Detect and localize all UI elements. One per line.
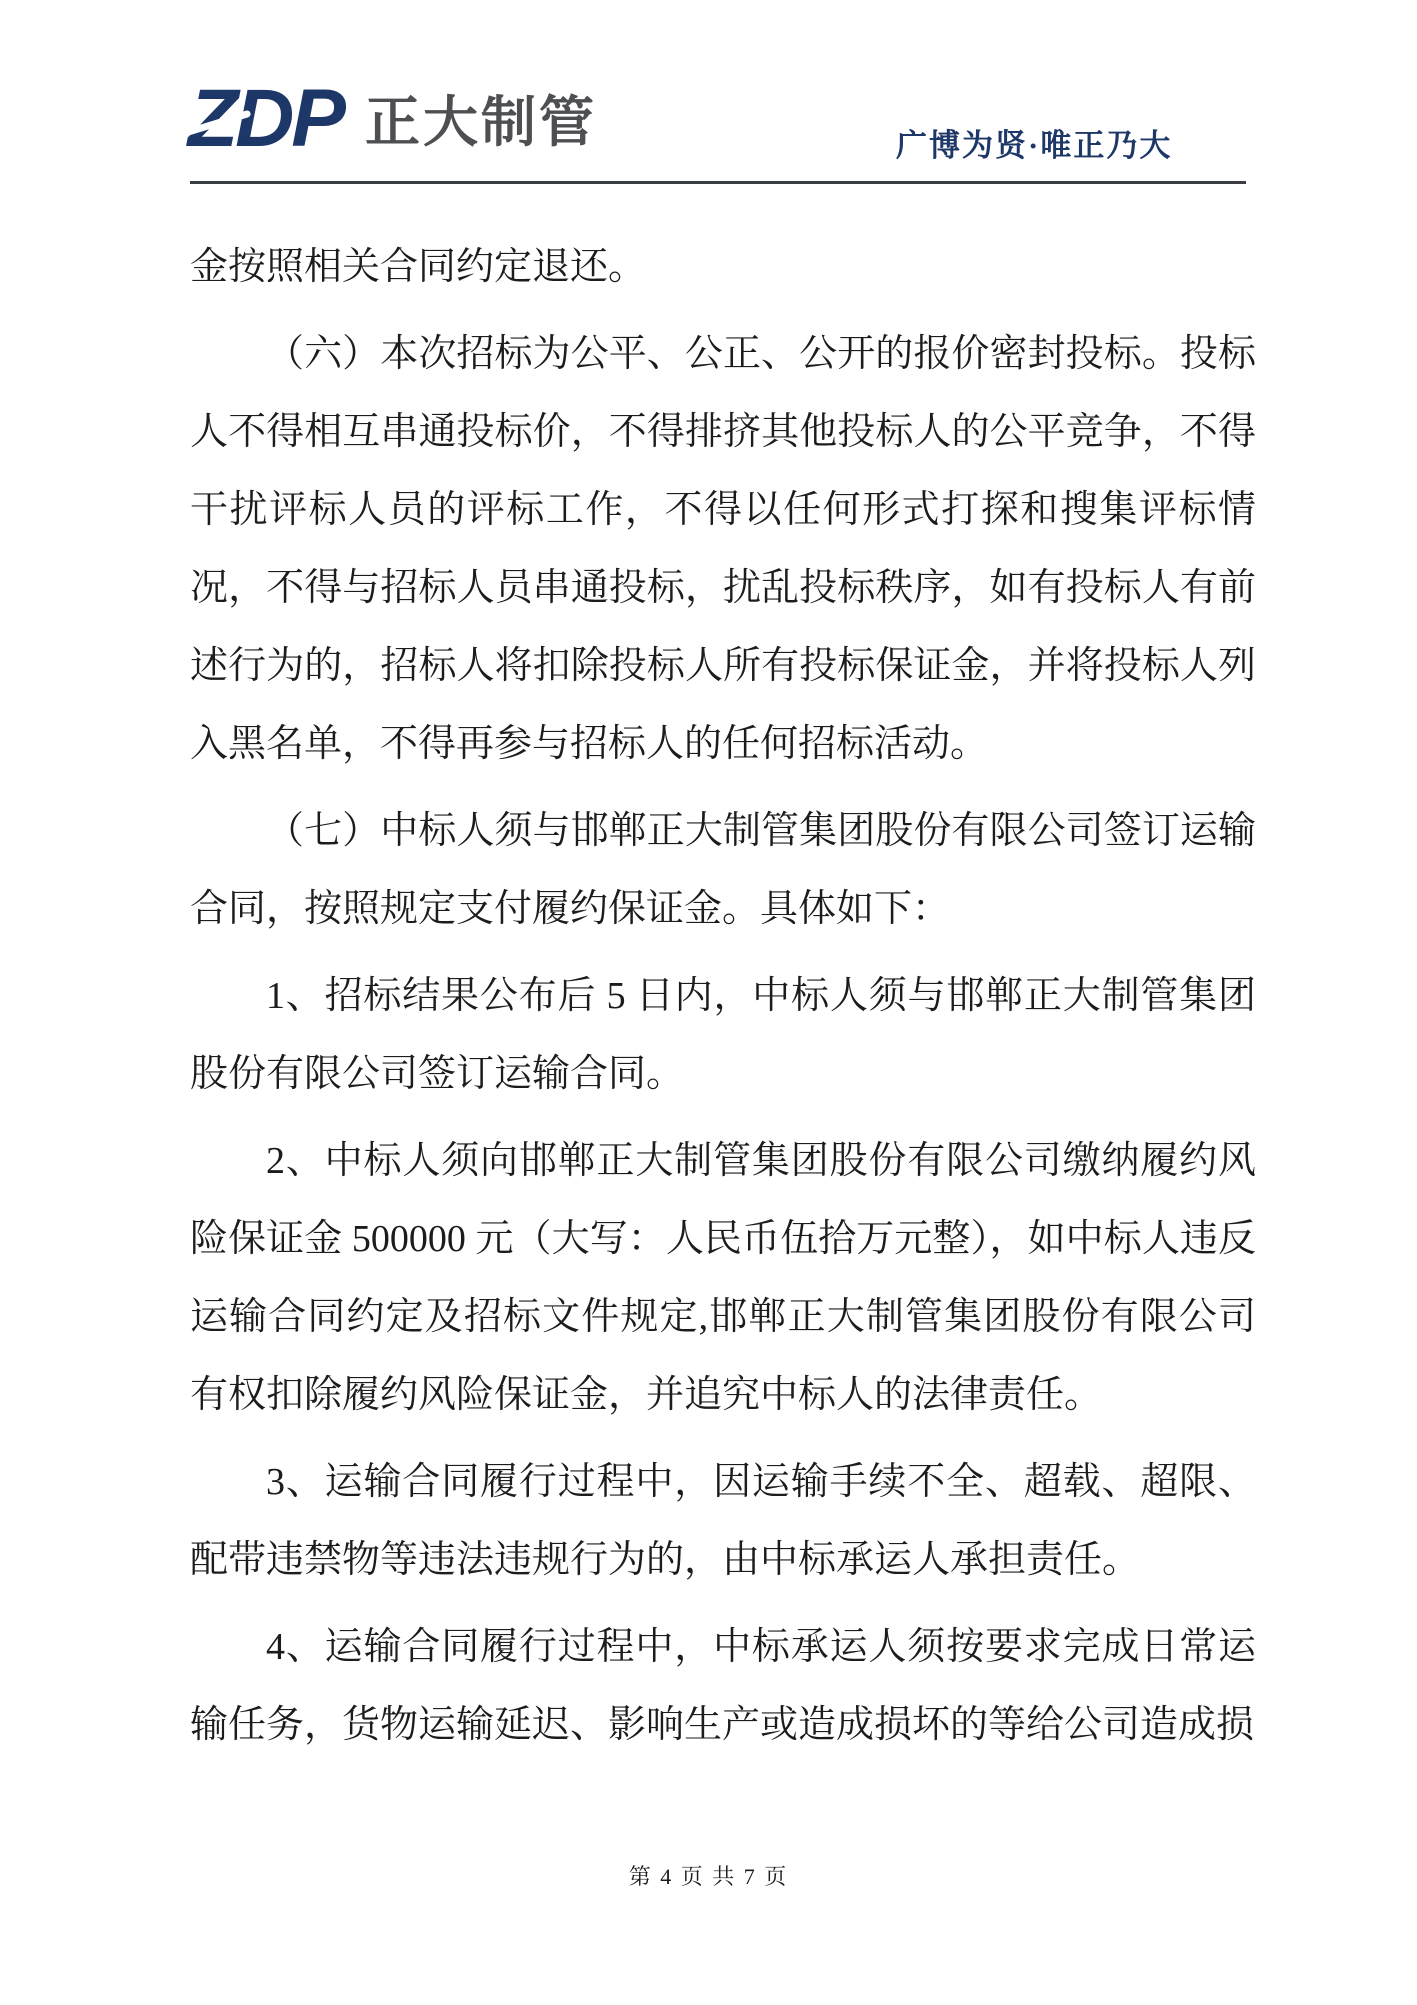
page-number: 第 4 页 共 7 页 [0, 1862, 1417, 1892]
paragraph: （六）本次招标为公平、公正、公开的报价密封投标。投标人不得相互串通投标价，不得排… [190, 315, 1256, 783]
document-body: 金按照相关合同约定退还。 （六）本次招标为公平、公正、公开的报价密封投标。投标人… [190, 228, 1256, 1773]
document-page: ZDP 正大制管 广博为贤·唯正乃大 金按照相关合同约定退还。 （六）本次招标为… [0, 0, 1417, 2005]
paragraph: 金按照相关合同约定退还。 [190, 228, 1256, 306]
company-slogan: 广博为贤·唯正乃大 [896, 126, 1172, 166]
zdp-logo-text: ZDP [188, 73, 343, 164]
paragraph: 2、中标人须向邯郸正大制管集团股份有限公司缴纳履约风险保证金 500000 元（… [190, 1122, 1256, 1434]
paragraph: 3、运输合同履行过程中，因运输手续不全、超载、超限、配带违禁物等违法违规行为的，… [190, 1443, 1256, 1599]
paragraph: 1、招标结果公布后 5 日内，中标人须与邯郸正大制管集团股份有限公司签订运输合同… [190, 957, 1256, 1113]
company-name: 正大制管 [365, 92, 597, 152]
header-divider [190, 181, 1246, 184]
zdp-logo-icon: ZDP [188, 86, 343, 152]
paragraph: （七）中标人须与邯郸正大制管集团股份有限公司签订运输合同，按照规定支付履约保证金… [190, 792, 1256, 948]
company-logo: ZDP 正大制管 [188, 82, 597, 152]
paragraph: 4、运输合同履行过程中，中标承运人须按要求完成日常运输任务，货物运输延迟、影响生… [190, 1608, 1256, 1764]
